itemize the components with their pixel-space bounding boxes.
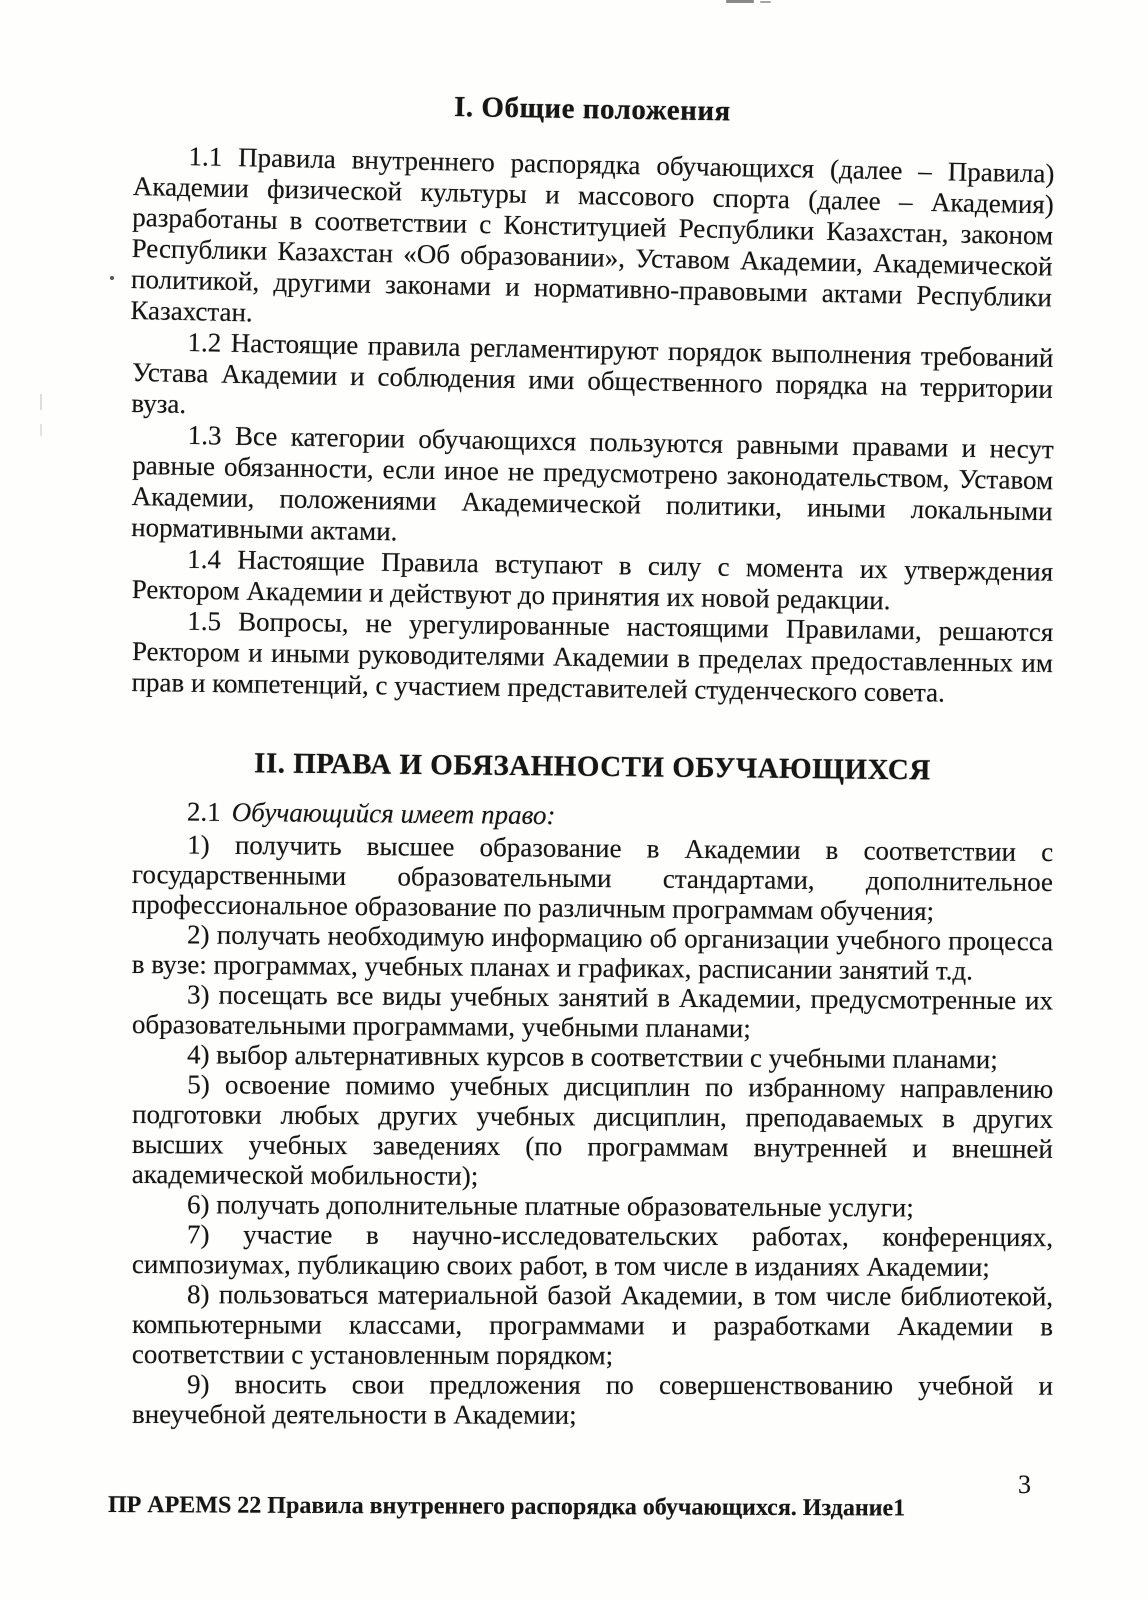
scan-artifact-edge [40, 394, 42, 410]
paragraph-1-5: 1.5 Вопросы, не урегулированные настоящи… [131, 605, 1053, 710]
scan-speckle [110, 276, 114, 280]
paragraph-1-1: 1.1 Правила внутреннего распорядка обуча… [130, 140, 1055, 344]
list-item-2: 2) получать необходимую информацию об ор… [132, 919, 1053, 986]
scan-artifact-edge [40, 424, 42, 436]
section-2-heading: II. ПРАВА И ОБЯЗАННОСТИ ОБУЧАЮЩИХСЯ [132, 744, 1053, 790]
list-item-6: 6) получать дополнительные платные образ… [132, 1189, 1053, 1223]
list-item-7: 7) участие в научно-исследовательских ра… [132, 1219, 1053, 1282]
list-item-1: 1) получить высшее образование в Академи… [132, 829, 1054, 927]
list-item-8: 8) пользоваться материальной базой Акаде… [132, 1279, 1053, 1371]
page-number: 3 [1018, 1470, 1031, 1500]
scan-artifact-dash [760, 1, 771, 3]
document-body: I. Общие положения 1.1 Правила внутренне… [132, 84, 1053, 1429]
list-item-3: 3) посещать все виды учебных занятий в А… [132, 979, 1053, 1045]
clause-2-1-number: 2.1 [187, 797, 221, 827]
list-item-9: 9) вносить свои предложения по совершенс… [132, 1369, 1053, 1431]
list-item-5: 5) освоение помимо учебных дисциплин по … [132, 1069, 1054, 1194]
clause-2-1-intro: Обучающийся имеет право: [232, 797, 556, 830]
scanned-document-page: I. Общие положения 1.1 Правила внутренне… [0, 0, 1148, 1600]
paragraph-1-3: 1.3 Все категории обучающихся пользуются… [131, 419, 1054, 558]
document-footer-code: ПР APEMS 22 Правила внутреннего распоряд… [108, 1492, 905, 1522]
scan-artifact-dash [726, 0, 754, 3]
paragraph-1-2: 1.2 Настоящие правила регламентируют пор… [131, 326, 1054, 436]
section-1-heading: I. Общие положения [132, 84, 1053, 134]
